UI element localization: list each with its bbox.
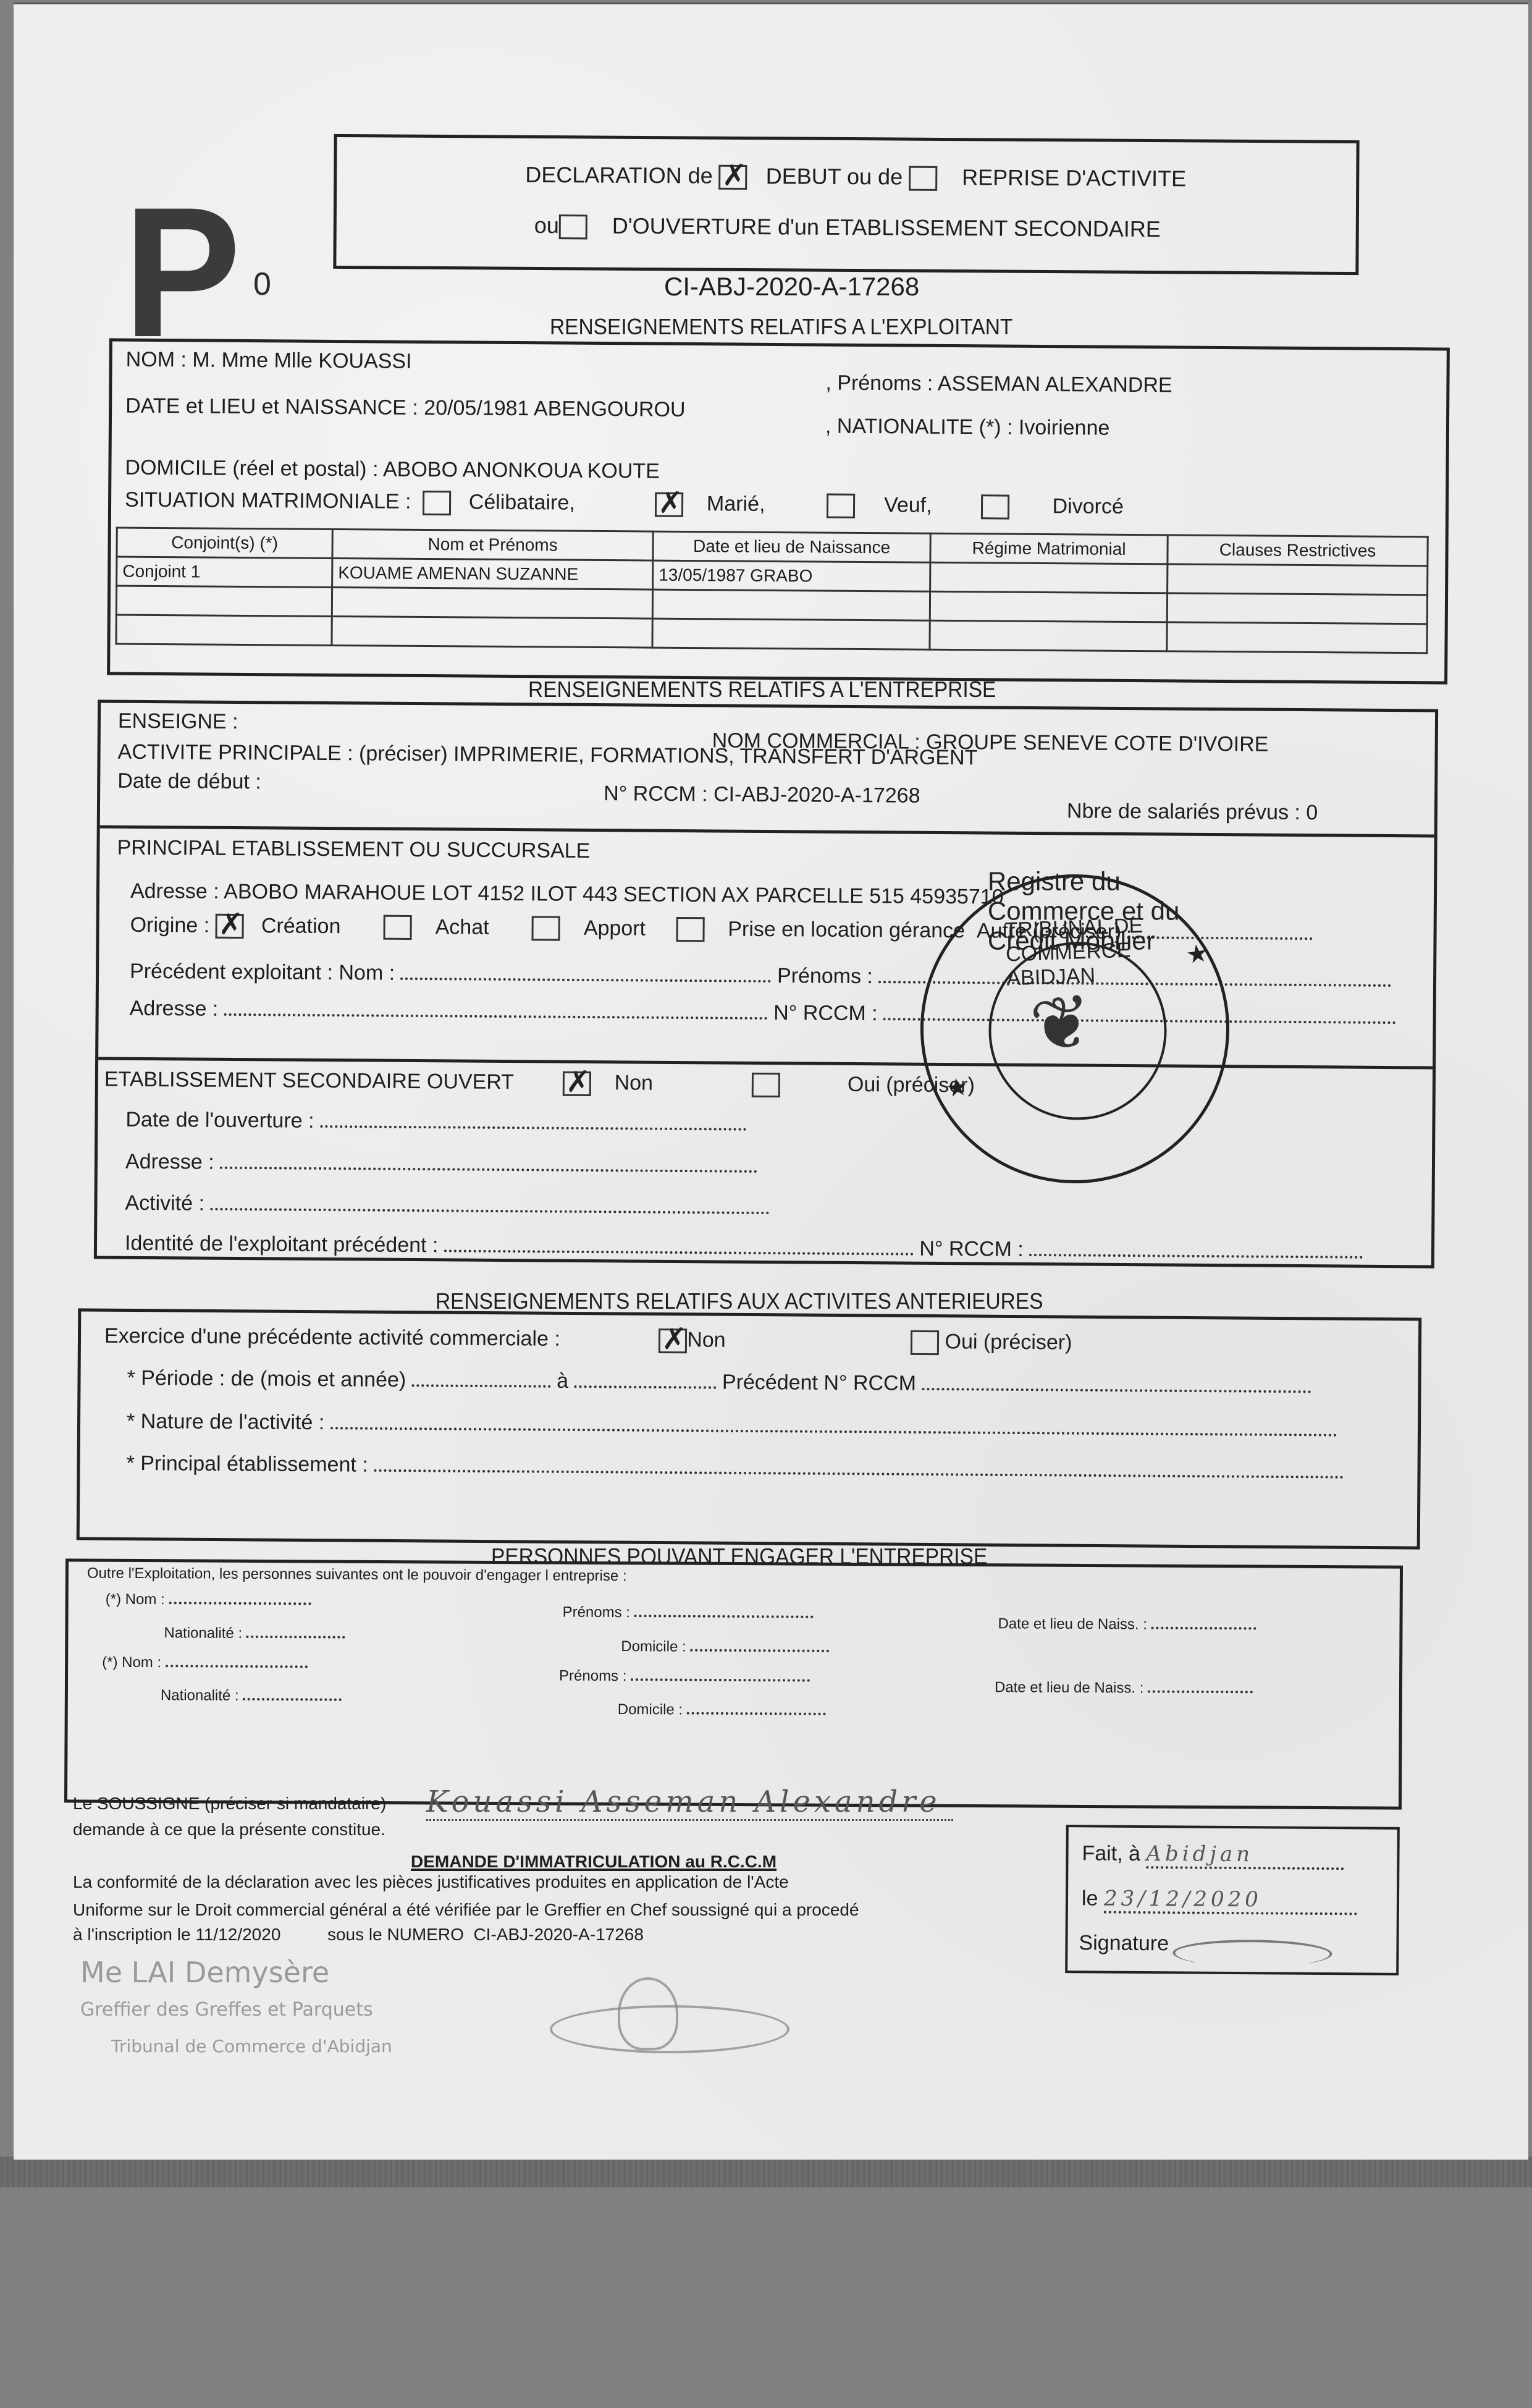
date-debut-field: Date de début :	[117, 769, 261, 795]
nature-row: * Nature de l'activité :	[127, 1409, 1337, 1442]
secondaire-title: ETABLISSEMENT SECONDAIRE OUVERT	[104, 1068, 514, 1094]
greffier-stamp-court: Tribunal de Commerce d'Abidjan	[111, 2036, 392, 2056]
person1-domicile-input[interactable]	[690, 1633, 829, 1652]
prenoms-value: ASSEMAN ALEXANDRE	[938, 372, 1172, 397]
fait-input[interactable]: Abidjan	[1146, 1841, 1344, 1870]
nationalite-field: , NATIONALITE (*) : Ivoirienne	[825, 415, 1110, 441]
principal-adresse-value: ABOBO MARAHOUE LOT 4152 ILOT 443 SECTION…	[224, 880, 1004, 909]
ou-label: ou	[534, 213, 559, 238]
anterieures-section-title: RENSEIGNEMENTS RELATIFS AUX ACTIVITES AN…	[436, 1288, 1043, 1314]
naissance-field: DATE et LIEU et NAISSANCE : 20/05/1981 A…	[125, 394, 686, 422]
secondaire-oui-checkbox[interactable]	[751, 1073, 780, 1097]
origine-achat-checkbox[interactable]	[384, 915, 412, 940]
personnes-intro: Outre l'Exploitation, les personnes suiv…	[87, 1565, 627, 1586]
salaries-field: Nbre de salariés prévus : 0	[1067, 799, 1318, 825]
divorce-checkbox[interactable]	[981, 494, 1009, 519]
rccm-field: N° RCCM : CI-ABJ-2020-A-17268	[604, 782, 920, 808]
person2-nationalite-input[interactable]	[243, 1682, 342, 1701]
declaration-line-2: ou D'OUVERTURE d'un ETABLISSEMENT SECOND…	[534, 213, 1161, 243]
activite-principale-value: IMPRIMERIE, FORMATIONS, TRANSFERT D'ARGE…	[453, 742, 978, 769]
declaration-box: DECLARATION de DEBUT ou de REPRISE D'ACT…	[333, 134, 1359, 275]
prenoms-field: , Prénoms : ASSEMAN ALEXANDRE	[825, 371, 1172, 398]
person2-domicile: Domicile :	[618, 1696, 826, 1720]
entreprise-box: ENSEIGNE : NOM COMMERCIAL : GROUPE SENEV…	[94, 699, 1438, 1268]
person2-nationalite: Nationalité :	[161, 1681, 342, 1705]
greffier-signature-loop	[618, 1977, 678, 2050]
declaration-prefix: DECLARATION de	[525, 162, 713, 188]
origine-creation-checkbox[interactable]	[215, 914, 243, 939]
secondaire-adresse-row: Adresse :	[125, 1150, 757, 1178]
le-row: le 23/12/2020	[1082, 1886, 1357, 1915]
salaries-value: 0	[1306, 801, 1318, 824]
signature-label: Signature	[1079, 1931, 1169, 1956]
veuf-checkbox[interactable]	[827, 494, 855, 518]
inscription-row: à l'inscription le 11/12/2020 sous le NU…	[73, 1925, 644, 1945]
greffier-stamp-name: Me LAI Demysère	[80, 1956, 329, 1989]
reprise-label: REPRISE D'ACTIVITE	[962, 164, 1186, 191]
secondaire-rccm-input[interactable]	[1029, 1238, 1363, 1259]
domicile-field: DOMICILE (réel et postal) : ABOBO ANONKO…	[125, 456, 660, 484]
prec-exploitant-nom-input[interactable]	[401, 961, 772, 982]
person2-domicile-input[interactable]	[687, 1696, 826, 1715]
reprise-checkbox[interactable]	[909, 166, 937, 191]
person1-domicile: Domicile :	[621, 1633, 829, 1657]
person2-nom-input[interactable]	[166, 1649, 308, 1668]
marie-checkbox[interactable]	[655, 492, 683, 517]
conjoints-table: Conjoint(s) (*) Nom et Prénoms Date et l…	[115, 527, 1428, 654]
person2-naiss: Date et lieu de Naiss. :	[995, 1673, 1253, 1697]
declaration-line-1: DECLARATION de DEBUT ou de REPRISE D'ACT…	[525, 162, 1186, 193]
person1-naiss: Date et lieu de Naiss. :	[998, 1610, 1256, 1634]
person1-nationalite: Nationalité :	[164, 1619, 345, 1643]
exercice-row: Exercice d'une précédente activité comme…	[104, 1324, 1072, 1356]
date-ouverture-input[interactable]	[320, 1109, 746, 1131]
divider	[98, 1057, 1433, 1069]
nationalite-value: Ivoirienne	[1019, 416, 1110, 440]
signature-scribble	[1172, 1939, 1332, 1967]
secondaire-non-checkbox[interactable]	[563, 1071, 591, 1096]
celibataire-checkbox[interactable]	[423, 491, 451, 515]
principal-etablissement-title: PRINCIPAL ETABLISSEMENT OU SUCCURSALE	[117, 836, 590, 863]
prec-adresse-input[interactable]	[224, 997, 768, 1020]
exploitant-box: NOM : M. Mme Mlle KOUASSI , Prénoms : AS…	[107, 338, 1450, 684]
person1-nom: (*) Nom :	[106, 1586, 311, 1610]
conformite-line-1: La conformité de la déclaration avec les…	[73, 1872, 789, 1892]
ouverture-checkbox[interactable]	[559, 215, 587, 240]
nature-input[interactable]	[330, 1411, 1337, 1436]
origine-location-checkbox[interactable]	[676, 917, 704, 942]
nom-value: KOUASSI	[318, 349, 411, 373]
person1-prenoms-input[interactable]	[634, 1599, 814, 1618]
person2-prenoms-input[interactable]	[631, 1662, 810, 1682]
domicile-value: ABOBO ANONKOUA KOUTE	[383, 458, 660, 483]
debut-checkbox[interactable]	[719, 165, 747, 190]
anterieures-oui-checkbox[interactable]	[911, 1330, 939, 1355]
anterieures-rccm-input[interactable]	[922, 1372, 1311, 1393]
periode-de-input[interactable]	[412, 1368, 551, 1388]
exploitant-section-title: RENSEIGNEMENTS RELATIFS A L'EXPLOITANT	[550, 314, 1012, 340]
ouverture-label: D'OUVERTURE d'un ETABLISSEMENT SECONDAIR…	[612, 213, 1161, 242]
secondaire-row: ETABLISSEMENT SECONDAIRE OUVERT Non Oui …	[104, 1068, 975, 1099]
form-code-letter: P	[124, 179, 238, 365]
activite-principale-field: ACTIVITE PRINCIPALE : (préciser) IMPRIME…	[117, 740, 977, 771]
anterieures-box: Exercice d'une précédente activité comme…	[77, 1308, 1422, 1549]
origine-apport-checkbox[interactable]	[532, 916, 560, 940]
demande-title: DEMANDE D'IMMATRICULATION au R.C.C.M	[411, 1852, 777, 1872]
enseigne-field: ENSEIGNE :	[118, 709, 238, 734]
fait-signature-box: Fait, à Abidjan le 23/12/2020 Signature	[1065, 1825, 1400, 1975]
situation-matrimoniale: SITUATION MATRIMONIALE : Célibataire, Ma…	[125, 488, 1124, 520]
secondaire-activite-input[interactable]	[210, 1192, 769, 1214]
principal-etab-input[interactable]	[374, 1453, 1344, 1479]
soussigne-row: Le SOUSSIGNE (préciser si mandataire)	[73, 1791, 391, 1814]
person1-nationalite-input[interactable]	[246, 1620, 345, 1639]
person1-prenoms: Prénoms :	[563, 1599, 814, 1623]
person2-naiss-input[interactable]	[1148, 1675, 1253, 1694]
identite-exploitant-input[interactable]	[444, 1233, 914, 1255]
person1-naiss-input[interactable]	[1151, 1611, 1256, 1630]
soussigne-handwritten-input[interactable]: Kouassi Asseman Alexandre	[426, 1785, 953, 1821]
principal-etab-row: * Principal établissement :	[126, 1451, 1344, 1484]
debut-label: DEBUT ou de	[766, 163, 903, 189]
personnes-box: Outre l'Exploitation, les personnes suiv…	[64, 1558, 1403, 1809]
principal-adresse-field: Adresse : ABOBO MARAHOUE LOT 4152 ILOT 4…	[130, 879, 1004, 910]
inscription-date: 11/12/2020	[195, 1925, 280, 1944]
le-date-input[interactable]: 23/12/2020	[1104, 1886, 1357, 1916]
naissance-value: 20/05/1981 ABENGOUROU	[424, 396, 686, 421]
secondaire-activite-row: Activité :	[125, 1191, 769, 1220]
periode-row: * Période : de (mois et année) à Précéde…	[127, 1366, 1311, 1398]
reference-number: CI-ABJ-2020-A-17268	[664, 272, 919, 302]
secondaire-adresse-input[interactable]	[220, 1151, 757, 1173]
star-icon: ★	[1184, 939, 1210, 970]
numero-value: CI-ABJ-2020-A-17268	[473, 1925, 643, 1944]
nom-field: NOM : M. Mme Mlle KOUASSI	[126, 348, 412, 374]
entreprise-section-title: RENSEIGNEMENTS RELATIFS A L'ENTREPRISE	[528, 677, 996, 703]
rccm-value: CI-ABJ-2020-A-17268	[713, 782, 920, 807]
greffier-stamp-title: Greffier des Greffes et Parquets	[80, 1999, 373, 2021]
identite-exploitant-row: Identité de l'exploitant précédent : N° …	[125, 1231, 1363, 1264]
scanner-band	[0, 2157, 1532, 2187]
person2-nom: (*) Nom :	[102, 1649, 308, 1673]
date-ouverture-row: Date de l'ouverture :	[125, 1108, 746, 1136]
anterieures-non-checkbox[interactable]	[659, 1329, 687, 1353]
person1-nom-input[interactable]	[169, 1586, 311, 1605]
divider	[100, 825, 1434, 837]
conformite-line-2: Uniforme sur le Droit commercial général…	[73, 1900, 859, 1920]
form-code-index: 0	[253, 266, 271, 303]
person2-prenoms: Prénoms :	[559, 1662, 810, 1686]
elephant-emblem-icon: ❦	[1025, 978, 1099, 1071]
fait-row: Fait, à Abidjan	[1082, 1841, 1344, 1870]
demande-line: demande à ce que la présente constitue.	[73, 1820, 385, 1840]
star-icon: ★	[944, 1072, 970, 1104]
periode-a-input[interactable]	[574, 1369, 716, 1389]
